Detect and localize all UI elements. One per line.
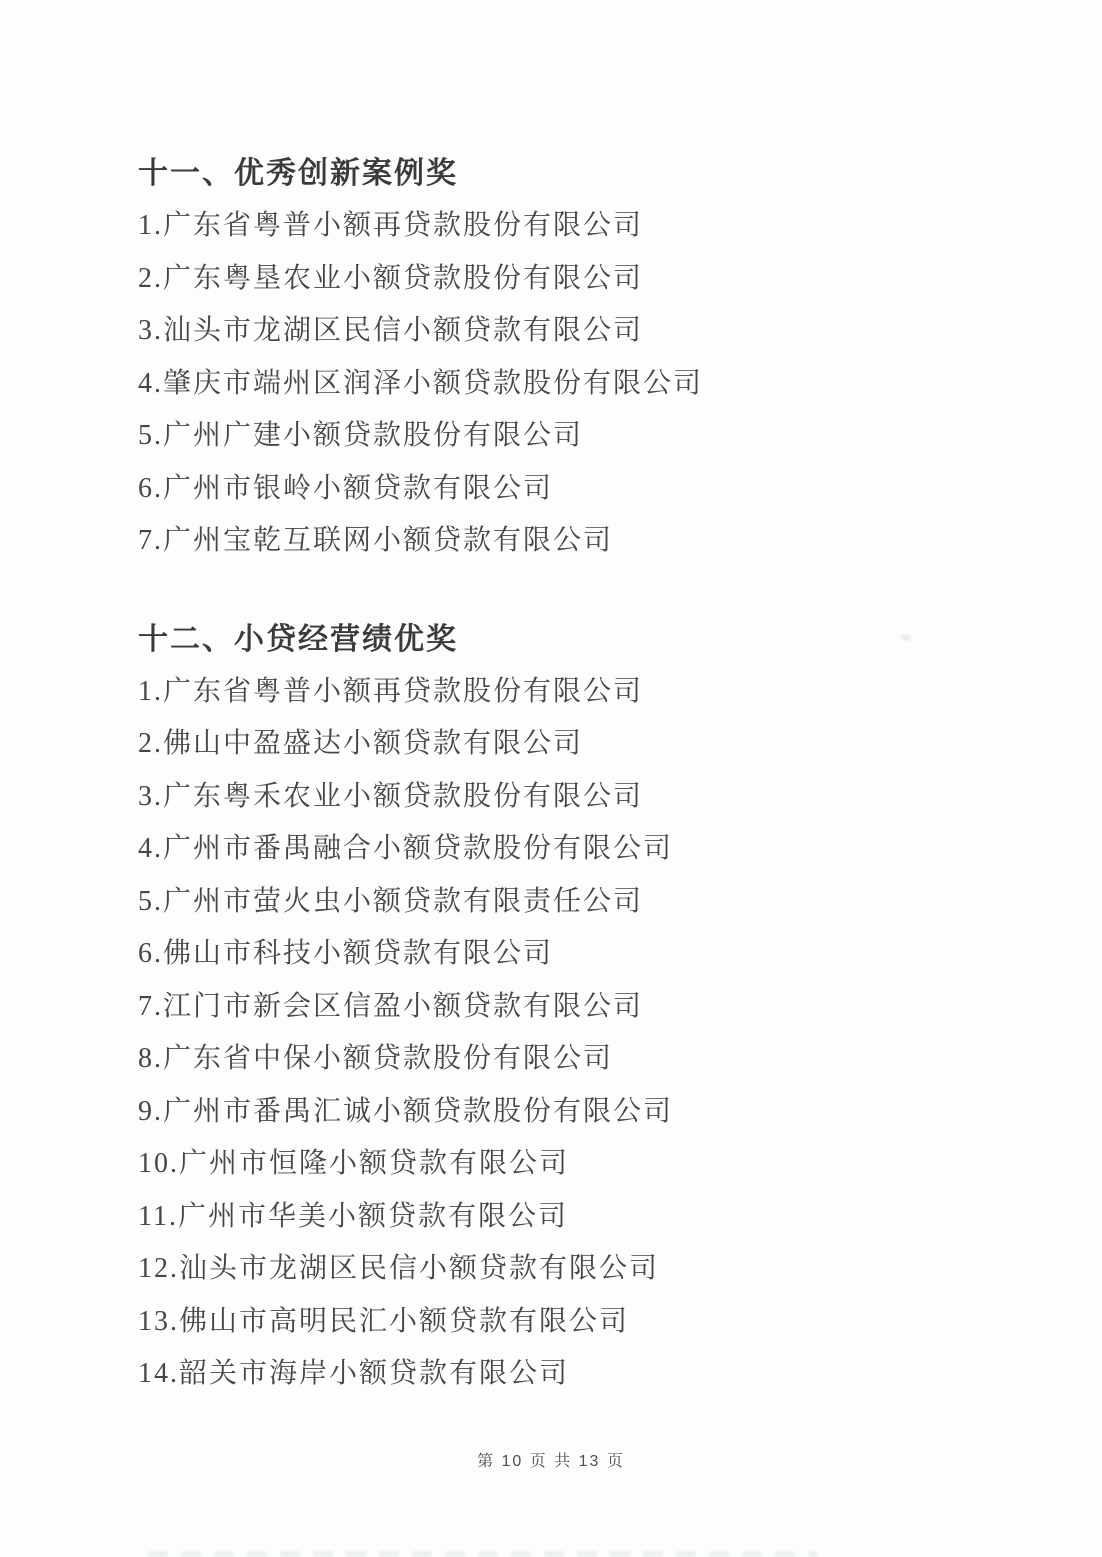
list-item: 5.广州广建小额贷款股份有限公司 bbox=[138, 410, 1042, 463]
list-item: 14.韶关市海岸小额贷款有限公司 bbox=[138, 1348, 1042, 1401]
list-item: 13.佛山市高明民汇小额贷款有限公司 bbox=[138, 1296, 1042, 1349]
page-number-text: 第 10 页 共 13 页 bbox=[477, 1453, 625, 1470]
list-item: 8.广东省中保小额贷款股份有限公司 bbox=[138, 1033, 1042, 1086]
section-innovation-case-award: 十一、优秀创新案例奖 1.广东省粤普小额再贷款股份有限公司 2.广东粤垦农业小额… bbox=[138, 148, 1042, 568]
list-item: 6.广州市银岭小额贷款有限公司 bbox=[138, 463, 1042, 516]
list-item: 1.广东省粤普小额再贷款股份有限公司 bbox=[138, 666, 1042, 719]
document-page: 十一、优秀创新案例奖 1.广东省粤普小额再贷款股份有限公司 2.广东粤垦农业小额… bbox=[0, 0, 1102, 1557]
list-item: 1.广东省粤普小额再贷款股份有限公司 bbox=[138, 200, 1042, 253]
list-item: 10.广州市恒隆小额贷款有限公司 bbox=[138, 1138, 1042, 1191]
list-item: 12.汕头市龙湖区民信小额贷款有限公司 bbox=[138, 1243, 1042, 1296]
list-item: 2.广东粤垦农业小额贷款股份有限公司 bbox=[138, 253, 1042, 306]
section-operating-performance-award: 十二、小贷经营绩优奖 1.广东省粤普小额再贷款股份有限公司 2.佛山中盈盛达小额… bbox=[138, 614, 1042, 1401]
list-item: 4.广州市番禺融合小额贷款股份有限公司 bbox=[138, 823, 1042, 876]
list-item: 2.佛山中盈盛达小额贷款有限公司 bbox=[138, 718, 1042, 771]
list-item: 3.汕头市龙湖区民信小额贷款有限公司 bbox=[138, 305, 1042, 358]
list-item: 3.广东粤禾农业小额贷款股份有限公司 bbox=[138, 771, 1042, 824]
scan-smudge-artifact bbox=[901, 634, 911, 641]
list-item: 7.江门市新会区信盈小额贷款有限公司 bbox=[138, 981, 1042, 1034]
page-footer: 第 10 页 共 13 页 bbox=[0, 1448, 1102, 1471]
page-content: 十一、优秀创新案例奖 1.广东省粤普小额再贷款股份有限公司 2.广东粤垦农业小额… bbox=[138, 148, 1042, 1401]
list-item: 11.广州市华美小额贷款有限公司 bbox=[138, 1191, 1042, 1244]
list-item: 9.广州市番禺汇诚小额贷款股份有限公司 bbox=[138, 1086, 1042, 1139]
section-heading: 十一、优秀创新案例奖 bbox=[138, 148, 1042, 200]
list-item: 7.广州宝乾互联网小额贷款有限公司 bbox=[138, 515, 1042, 568]
list-item: 4.肇庆市端州区润泽小额贷款股份有限公司 bbox=[138, 358, 1042, 411]
page-bleed-through-artifact bbox=[148, 1551, 818, 1557]
list-item: 6.佛山市科技小额贷款有限公司 bbox=[138, 928, 1042, 981]
list-item: 5.广州市萤火虫小额贷款有限责任公司 bbox=[138, 876, 1042, 929]
